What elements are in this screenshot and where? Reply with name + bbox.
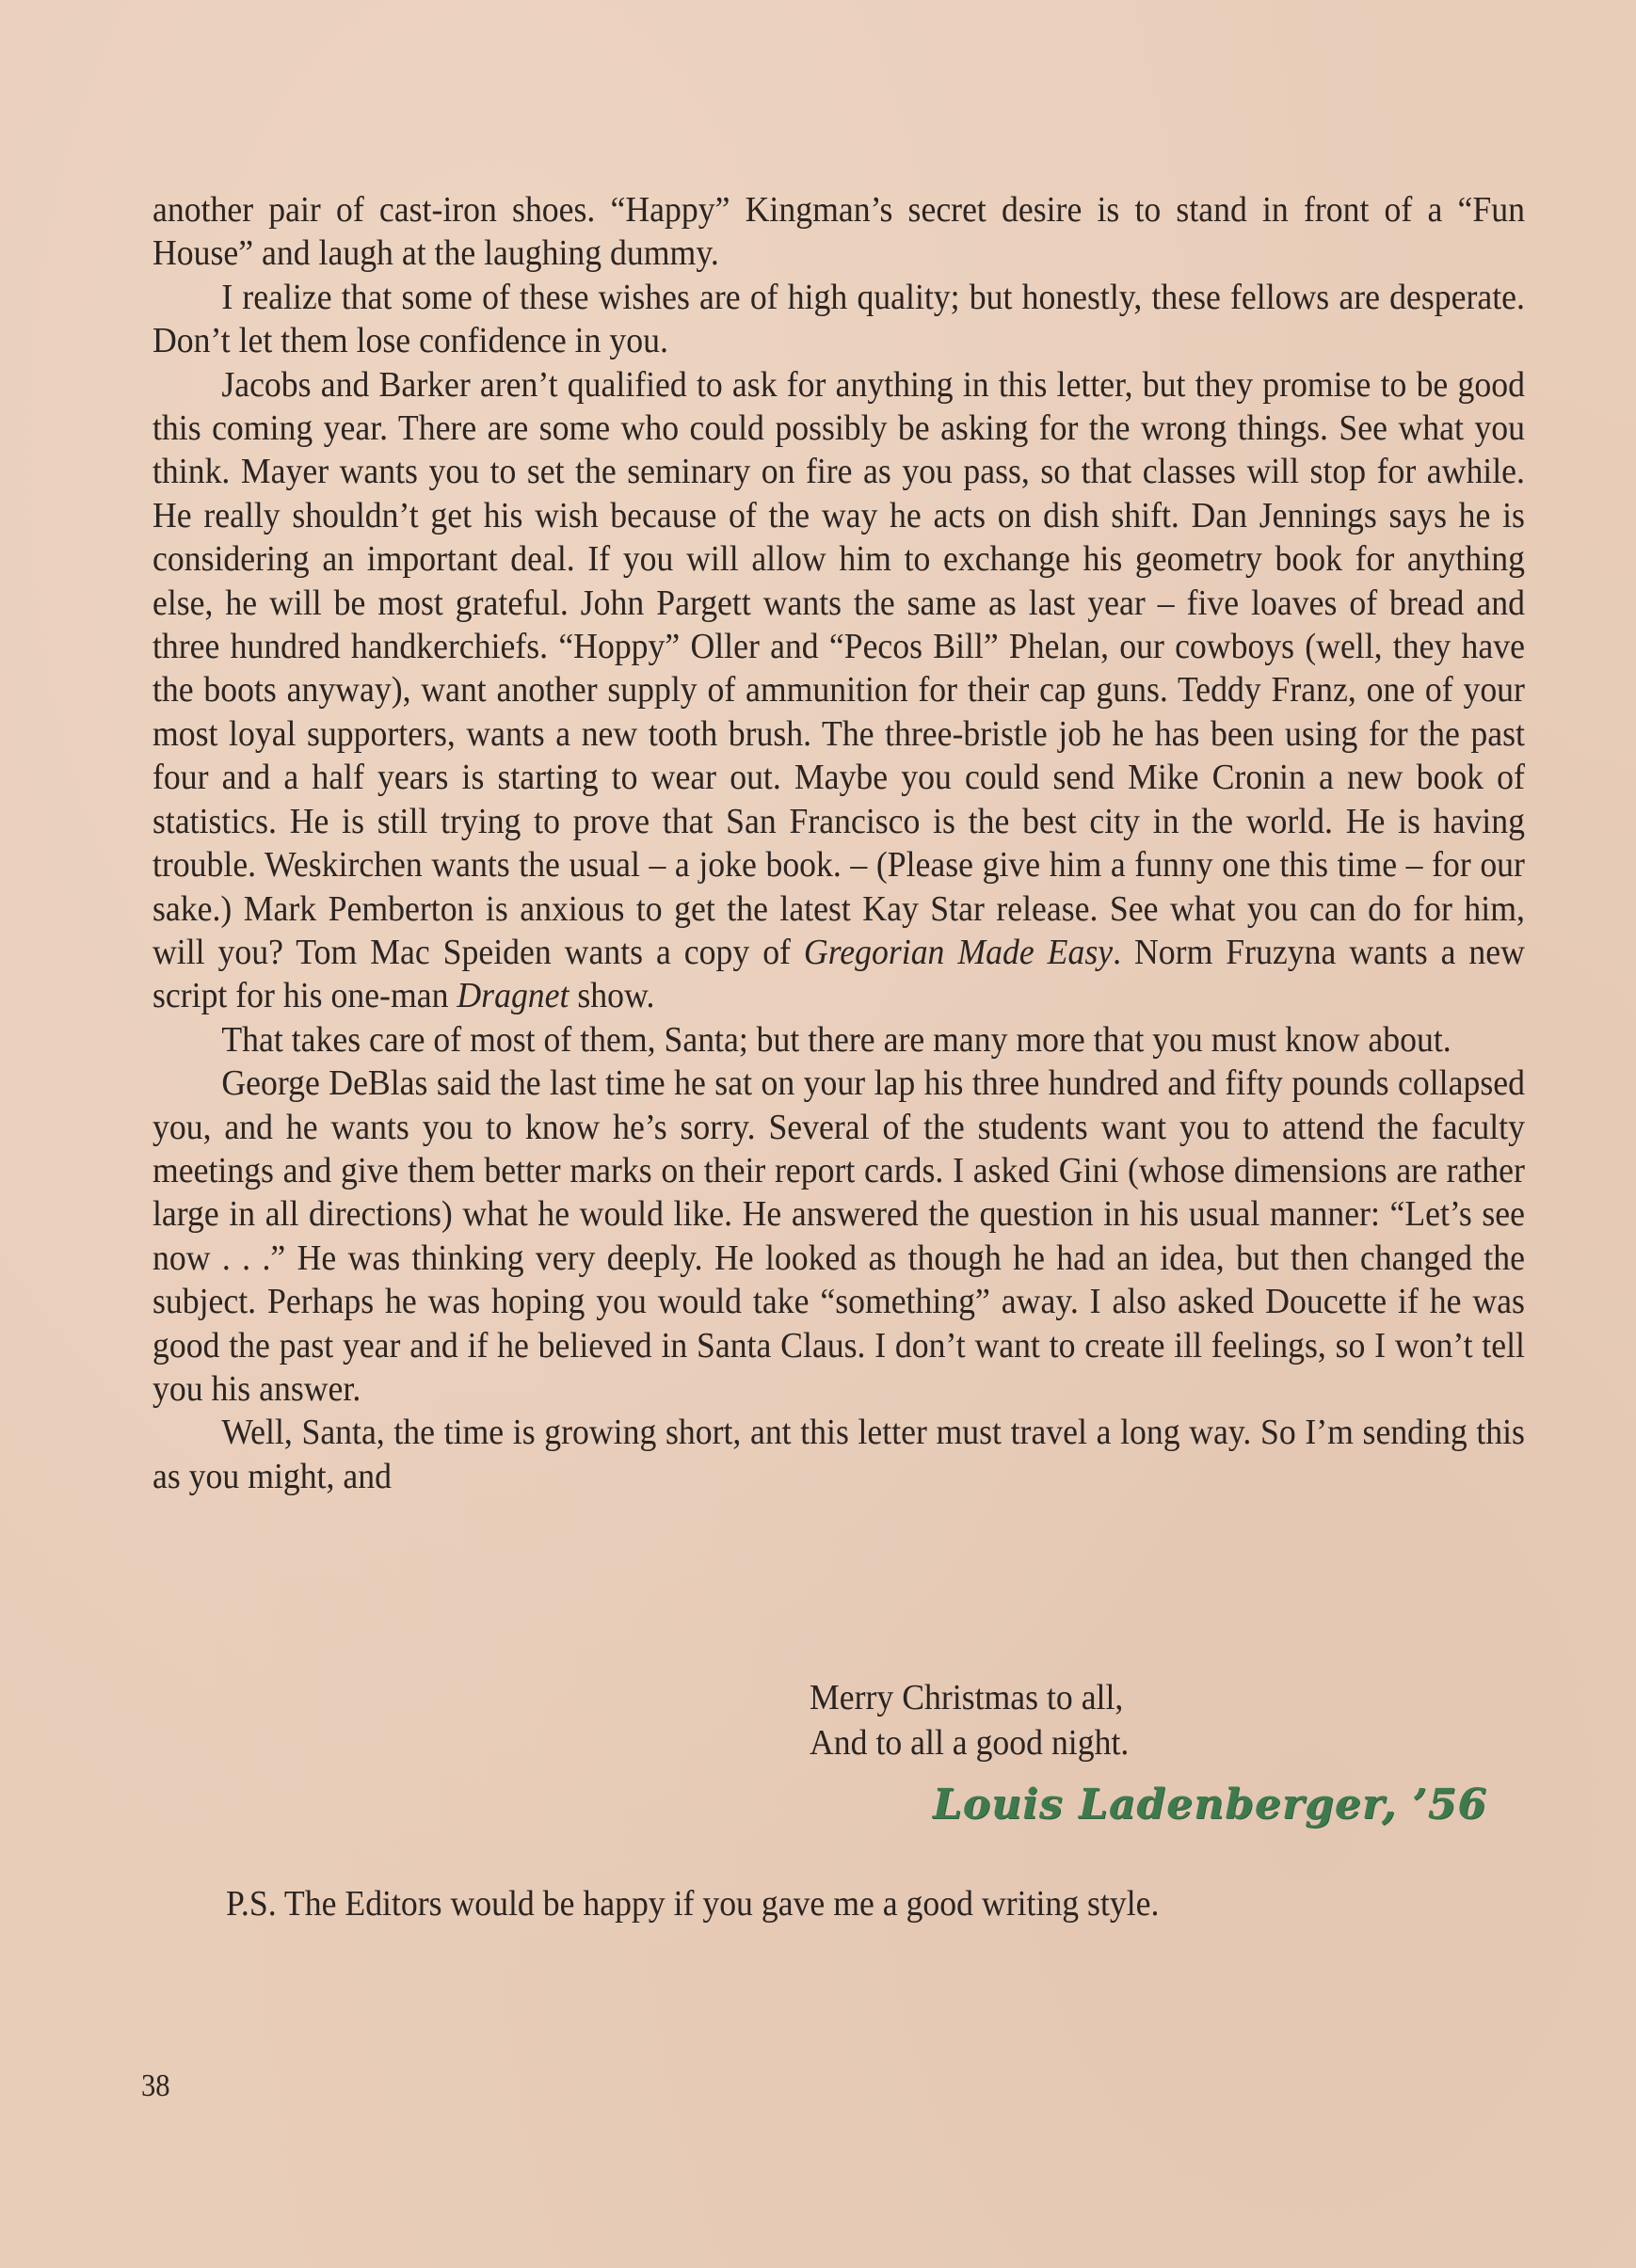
paragraph-3-end: show. (569, 976, 654, 1015)
paragraph-3: Jacobs and Barker aren’t qualified to as… (152, 363, 1525, 1018)
page-number: 38 (141, 2068, 170, 2104)
paragraph-2: I realize that some of these wishes are … (152, 276, 1525, 363)
paragraph-1: another pair of cast-iron shoes. “Happy”… (152, 188, 1525, 276)
book-title-gregorian: Gregorian Made Easy (804, 933, 1113, 972)
paragraph-3-text: Jacobs and Barker aren’t qualified to as… (152, 365, 1525, 972)
author-signature: Louis Ladenberger, ’56 (810, 1781, 1487, 1829)
closing-verse: Merry Christmas to all, And to all a goo… (810, 1675, 1129, 1765)
letter-body: another pair of cast-iron shoes. “Happy”… (152, 188, 1525, 1498)
paragraph-4: That takes care of most of them, Santa; … (152, 1018, 1525, 1062)
closing-line-1: Merry Christmas to all, (810, 1675, 1129, 1720)
paragraph-5: George DeBlas said the last time he sat … (152, 1062, 1525, 1411)
closing-line-2: And to all a good night. (810, 1720, 1129, 1765)
postscript: P.S. The Editors would be happy if you g… (226, 1882, 1159, 1925)
paragraph-6: Well, Santa, the time is growing short, … (152, 1411, 1525, 1498)
show-title-dragnet: Dragnet (457, 976, 569, 1015)
